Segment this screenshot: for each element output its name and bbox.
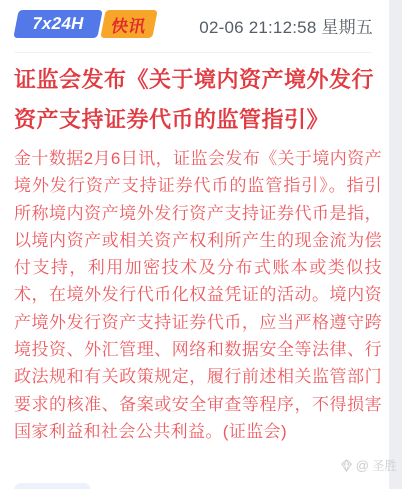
news-flash-card: 7x24H 快讯 02-06 21:12:58 星期五 证监会发布《关于境内资产… bbox=[0, 0, 402, 489]
badge-7x24h-label: 7x24H bbox=[30, 14, 85, 34]
badge-7x24h: 7x24H bbox=[13, 10, 102, 38]
news-timestamp: 02-06 21:12:58 星期五 bbox=[199, 13, 373, 38]
watermark: @ 圣胜 bbox=[340, 456, 397, 474]
page-background-strip bbox=[389, 0, 402, 489]
article-body: 金十数据2月6日讯，证监会发布《关于境内资产境外发行资产支持证券代币的监管指引》… bbox=[14, 145, 382, 445]
article: 证监会发布《关于境内资产境外发行资产支持证券代币的监管指引》 金十数据2月6日讯… bbox=[14, 60, 382, 445]
badge-flash-news-label: 快讯 bbox=[109, 12, 148, 37]
badge-flash-news: 快讯 bbox=[100, 10, 157, 38]
article-title: 证监会发布《关于境内资产境外发行资产支持证券代币的监管指引》 bbox=[14, 60, 382, 140]
bottom-tag-button[interactable] bbox=[14, 483, 91, 489]
header-divider bbox=[14, 52, 372, 53]
diamond-logo-icon bbox=[340, 459, 353, 472]
channel-badges: 7x24H 快讯 bbox=[16, 10, 155, 38]
watermark-username: 圣胜 bbox=[372, 456, 397, 474]
at-icon: @ bbox=[356, 458, 369, 473]
